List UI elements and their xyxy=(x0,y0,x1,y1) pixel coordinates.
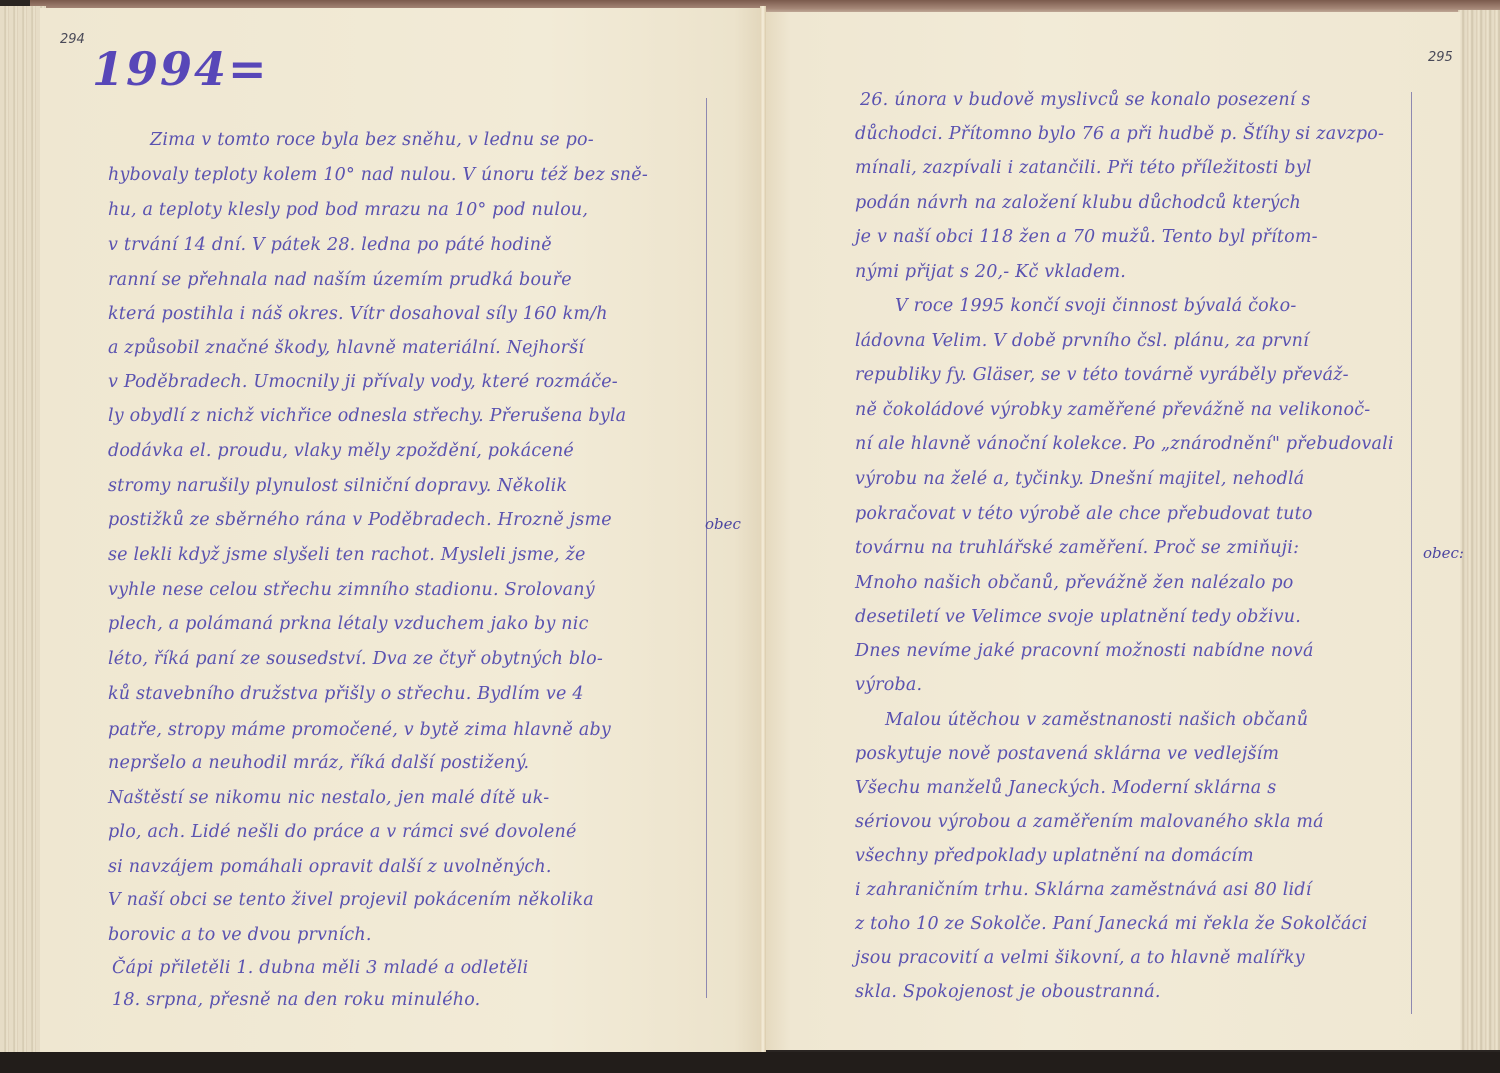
left-line: ranní se přehnala nad naším územím prudk… xyxy=(108,270,572,290)
left-line: stromy narušily plynulost silniční dopra… xyxy=(108,476,567,496)
right-line: továrnu na truhlářské zaměření. Proč se … xyxy=(855,538,1299,558)
right-line: ládovna Velim. V době prvního čsl. plánu… xyxy=(855,331,1309,351)
right-line: ně čokoládové výrobky zaměřené převážně … xyxy=(855,400,1370,420)
right-line: poskytuje nově postavená sklárna ve vedl… xyxy=(855,744,1279,764)
right-page-number: 295 xyxy=(1428,50,1453,65)
left-line: Naštěstí se nikomu nic nestalo, jen malé… xyxy=(108,788,549,808)
left-page-number: 294 xyxy=(60,32,85,47)
right-line: jsou pracovití a velmi šikovní, a to hla… xyxy=(855,948,1305,968)
right-line: Dnes nevíme jaké pracovní možnosti nabíd… xyxy=(855,641,1314,661)
right-line: z toho 10 ze Sokolče. Paní Janecká mi ře… xyxy=(855,914,1367,934)
right-line: Malou útěchou v zaměstnanosti našich obč… xyxy=(885,710,1308,730)
right-line: i zahraničním trhu. Sklárna zaměstnává a… xyxy=(855,880,1312,900)
left-line: vyhle nese celou střechu zimního stadion… xyxy=(108,580,595,600)
right-line: pokračovat v této výrobě ale chce přebud… xyxy=(855,504,1313,524)
left-page-margin-rule xyxy=(706,98,707,998)
left-line: hu, a teploty klesly pod bod mrazu na 10… xyxy=(108,200,588,220)
book-spine-gutter xyxy=(760,6,766,1052)
right-line: mínali, zazpívali i zatančili. Při této … xyxy=(855,158,1312,178)
left-line: léto, říká paní ze sousedství. Dva ze čt… xyxy=(108,649,603,669)
left-line: si navzájem pomáhali opravit další z uvo… xyxy=(108,857,552,877)
right-line: desetiletí ve Velimce svoje uplatnění te… xyxy=(855,607,1301,627)
left-line: v trvání 14 dní. V pátek 28. ledna po pá… xyxy=(108,235,552,255)
right-line: důchodci. Přítomno bylo 76 a při hudbě p… xyxy=(855,124,1384,144)
right-line: nými přijat s 20,- Kč vkladem. xyxy=(855,262,1126,282)
left-line: postižků ze sběrného rána v Poděbradech.… xyxy=(108,510,612,530)
right-line: ní ale hlavně vánoční kolekce. Po „znáro… xyxy=(855,434,1394,454)
right-page-stack-edge xyxy=(1458,10,1500,1050)
left-line: borovic a to ve dvou prvních. xyxy=(108,925,372,945)
left-line: hybovaly teploty kolem 10° nad nulou. V … xyxy=(108,165,648,185)
right-line: skla. Spokojenost je oboustranná. xyxy=(855,982,1161,1002)
left-line: plech, a polámaná prkna létaly vzduchem … xyxy=(108,614,589,634)
left-line: ly obydlí z nichž vichřice odnesla střec… xyxy=(108,406,626,426)
left-line: se lekli když jsme slyšeli ten rachot. M… xyxy=(108,545,586,565)
left-line: patře, stropy máme promočené, v bytě zim… xyxy=(108,720,611,740)
left-line: v Poděbradech. Umocnily ji přívaly vody,… xyxy=(108,372,618,392)
left-line: dodávka el. proudu, vlaky měly zpoždění,… xyxy=(108,441,574,461)
left-line: která postihla i náš okres. Vítr dosahov… xyxy=(108,304,608,324)
right-line: je v naší obci 118 žen a 70 mužů. Tento … xyxy=(855,227,1318,247)
left-margin-note: obec xyxy=(705,515,741,533)
right-line: všechny předpoklady uplatnění na domácím xyxy=(855,846,1254,866)
open-book: 294 295 1994= Zima v tomto roce byla bez… xyxy=(0,0,1500,1060)
left-line: ků stavebního družstva přišly o střechu.… xyxy=(108,684,584,704)
left-line: 18. srpna, přesně na den roku minulého. xyxy=(112,990,480,1010)
right-line: republiky fy. Gläser, se v této továrně … xyxy=(855,365,1349,385)
right-line: 26. února v budově myslivců se konalo po… xyxy=(860,90,1311,110)
right-line: podán návrh na založení klubu důchodců k… xyxy=(855,193,1301,213)
left-line: Čápi přiletěli 1. dubna měli 3 mladé a o… xyxy=(112,958,528,978)
right-line: Všechu manželů Janeckých. Moderní sklárn… xyxy=(855,778,1276,798)
right-line: výroba. xyxy=(855,675,922,695)
right-line: výrobu na želé a, tyčinky. Dnešní majite… xyxy=(855,469,1304,489)
left-line: V naší obci se tento živel projevil poká… xyxy=(108,890,594,910)
left-line: nepršelo a neuhodil mráz, říká další pos… xyxy=(108,753,529,773)
right-line: Mnoho našich občanů, převážně žen naléza… xyxy=(855,573,1293,593)
right-line: V roce 1995 končí svoji činnost bývalá č… xyxy=(895,296,1297,316)
right-page-margin-rule xyxy=(1411,92,1412,1014)
year-heading: 1994= xyxy=(92,42,269,96)
background-surface xyxy=(0,1052,1500,1073)
left-line: Zima v tomto roce byla bez sněhu, v ledn… xyxy=(150,130,594,150)
right-margin-note: obec: xyxy=(1423,544,1464,562)
right-line: sériovou výrobou a zaměřením malovaného … xyxy=(855,812,1324,832)
left-line: plo, ach. Lidé nešli do práce a v rámci … xyxy=(108,822,577,842)
left-line: a způsobil značné škody, hlavně materiál… xyxy=(108,338,584,358)
